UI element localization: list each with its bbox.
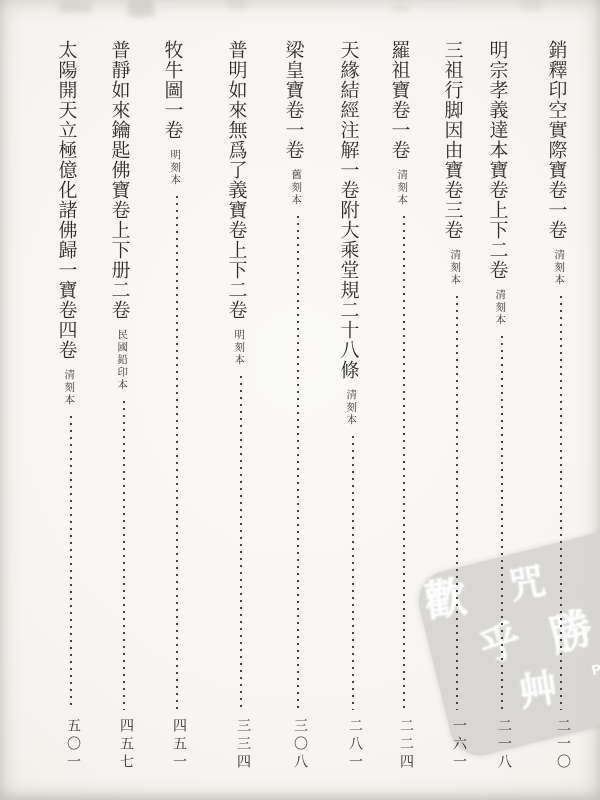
dotted-leader <box>70 416 72 711</box>
dotted-leader <box>352 436 354 711</box>
toc-entry: 普明如來無爲了義寶卷上下二卷 明刻本 三三四 <box>214 40 258 772</box>
entry-edition: 清刻本 <box>494 289 505 327</box>
entry-edition: 清刻本 <box>345 389 356 427</box>
entry-page-number: 二二四 <box>398 718 412 772</box>
entry-edition: 清刻本 <box>553 249 564 287</box>
entry-title: 銷釋印空實際寶卷一卷 <box>547 40 566 240</box>
toc-entry: 梁皇寶卷一卷 舊刻本 三〇八 <box>271 40 315 772</box>
entry-page-number: 二一八 <box>496 718 510 772</box>
toc-entry: 普靜如來鑰匙佛寶卷上下册二卷 民國鉛印本 四五七 <box>97 40 141 772</box>
toc-entry: 羅祖寶卷一卷 清刻本 二二四 <box>377 40 421 772</box>
entry-page-number: 四五一 <box>171 718 185 772</box>
entry-edition: 明刻本 <box>233 329 244 367</box>
entry-title: 牧牛圖一卷 <box>163 40 182 140</box>
scan-smudge <box>519 1 543 10</box>
entry-title: 明宗孝義達本寶卷上下二卷 <box>488 40 507 280</box>
scanned-toc-page: 歡 乎 咒 勝 艸 PDG 銷釋印空實際寶卷一卷 清刻本 二一〇 明宗孝義達本寶… <box>0 0 600 800</box>
toc-entry: 銷釋印空實際寶卷一卷 清刻本 二一〇 <box>534 40 578 772</box>
entry-page-number: 三三四 <box>235 718 249 772</box>
entry-title: 羅祖寶卷一卷 <box>390 40 409 160</box>
entry-title: 太陽開天立極億化諸佛歸一寶卷四卷 <box>57 40 76 360</box>
entry-page-number: 二一〇 <box>555 718 569 772</box>
entry-edition: 民國鉛印本 <box>116 329 127 392</box>
toc-entry: 太陽開天立極億化諸佛歸一寶卷四卷 清刻本 五〇一 <box>44 40 88 772</box>
dotted-leader <box>176 196 178 711</box>
entry-title: 普明如來無爲了義寶卷上下二卷 <box>227 40 246 320</box>
entry-edition: 明刻本 <box>169 149 180 187</box>
entry-page-number: 一六一 <box>451 718 465 772</box>
entry-edition: 清刻本 <box>449 249 460 287</box>
entry-title: 天緣結經注解一卷附大乘堂規二十八條 <box>339 40 358 380</box>
entry-page-number: 三〇八 <box>292 718 306 772</box>
entry-title: 梁皇寶卷一卷 <box>284 40 303 160</box>
scan-smudge <box>58 1 92 13</box>
entry-title: 普靜如來鑰匙佛寶卷上下册二卷 <box>110 40 129 320</box>
toc-entry: 牧牛圖一卷 明刻本 四五一 <box>150 40 194 772</box>
dotted-leader <box>297 216 299 711</box>
dotted-leader <box>403 216 405 711</box>
scan-smudge <box>226 0 248 9</box>
dotted-leader <box>123 401 125 711</box>
toc-entry: 天緣結經注解一卷附大乘堂規二十八條 清刻本 二八一 <box>326 40 370 772</box>
entry-page-number: 二八一 <box>347 718 361 772</box>
toc-entry: 明宗孝義達本寶卷上下二卷 清刻本 二一八 <box>475 40 519 772</box>
entry-page-number: 五〇一 <box>65 718 79 772</box>
entry-page-number: 四五七 <box>118 718 132 772</box>
entry-title: 三祖行脚因由寶卷三卷 <box>443 40 462 240</box>
scan-smudge <box>128 0 154 17</box>
entry-edition: 清刻本 <box>63 369 74 407</box>
entry-edition: 舊刻本 <box>290 169 301 207</box>
dotted-leader <box>456 296 458 711</box>
entry-edition: 清刻本 <box>396 169 407 207</box>
dotted-leader <box>240 376 242 711</box>
scan-smudge <box>392 4 410 12</box>
watermark-pdg-label: PDG <box>590 654 600 678</box>
dotted-leader <box>560 296 562 711</box>
toc-entry: 三祖行脚因由寶卷三卷 清刻本 一六一 <box>430 40 474 772</box>
dotted-leader <box>501 336 503 711</box>
